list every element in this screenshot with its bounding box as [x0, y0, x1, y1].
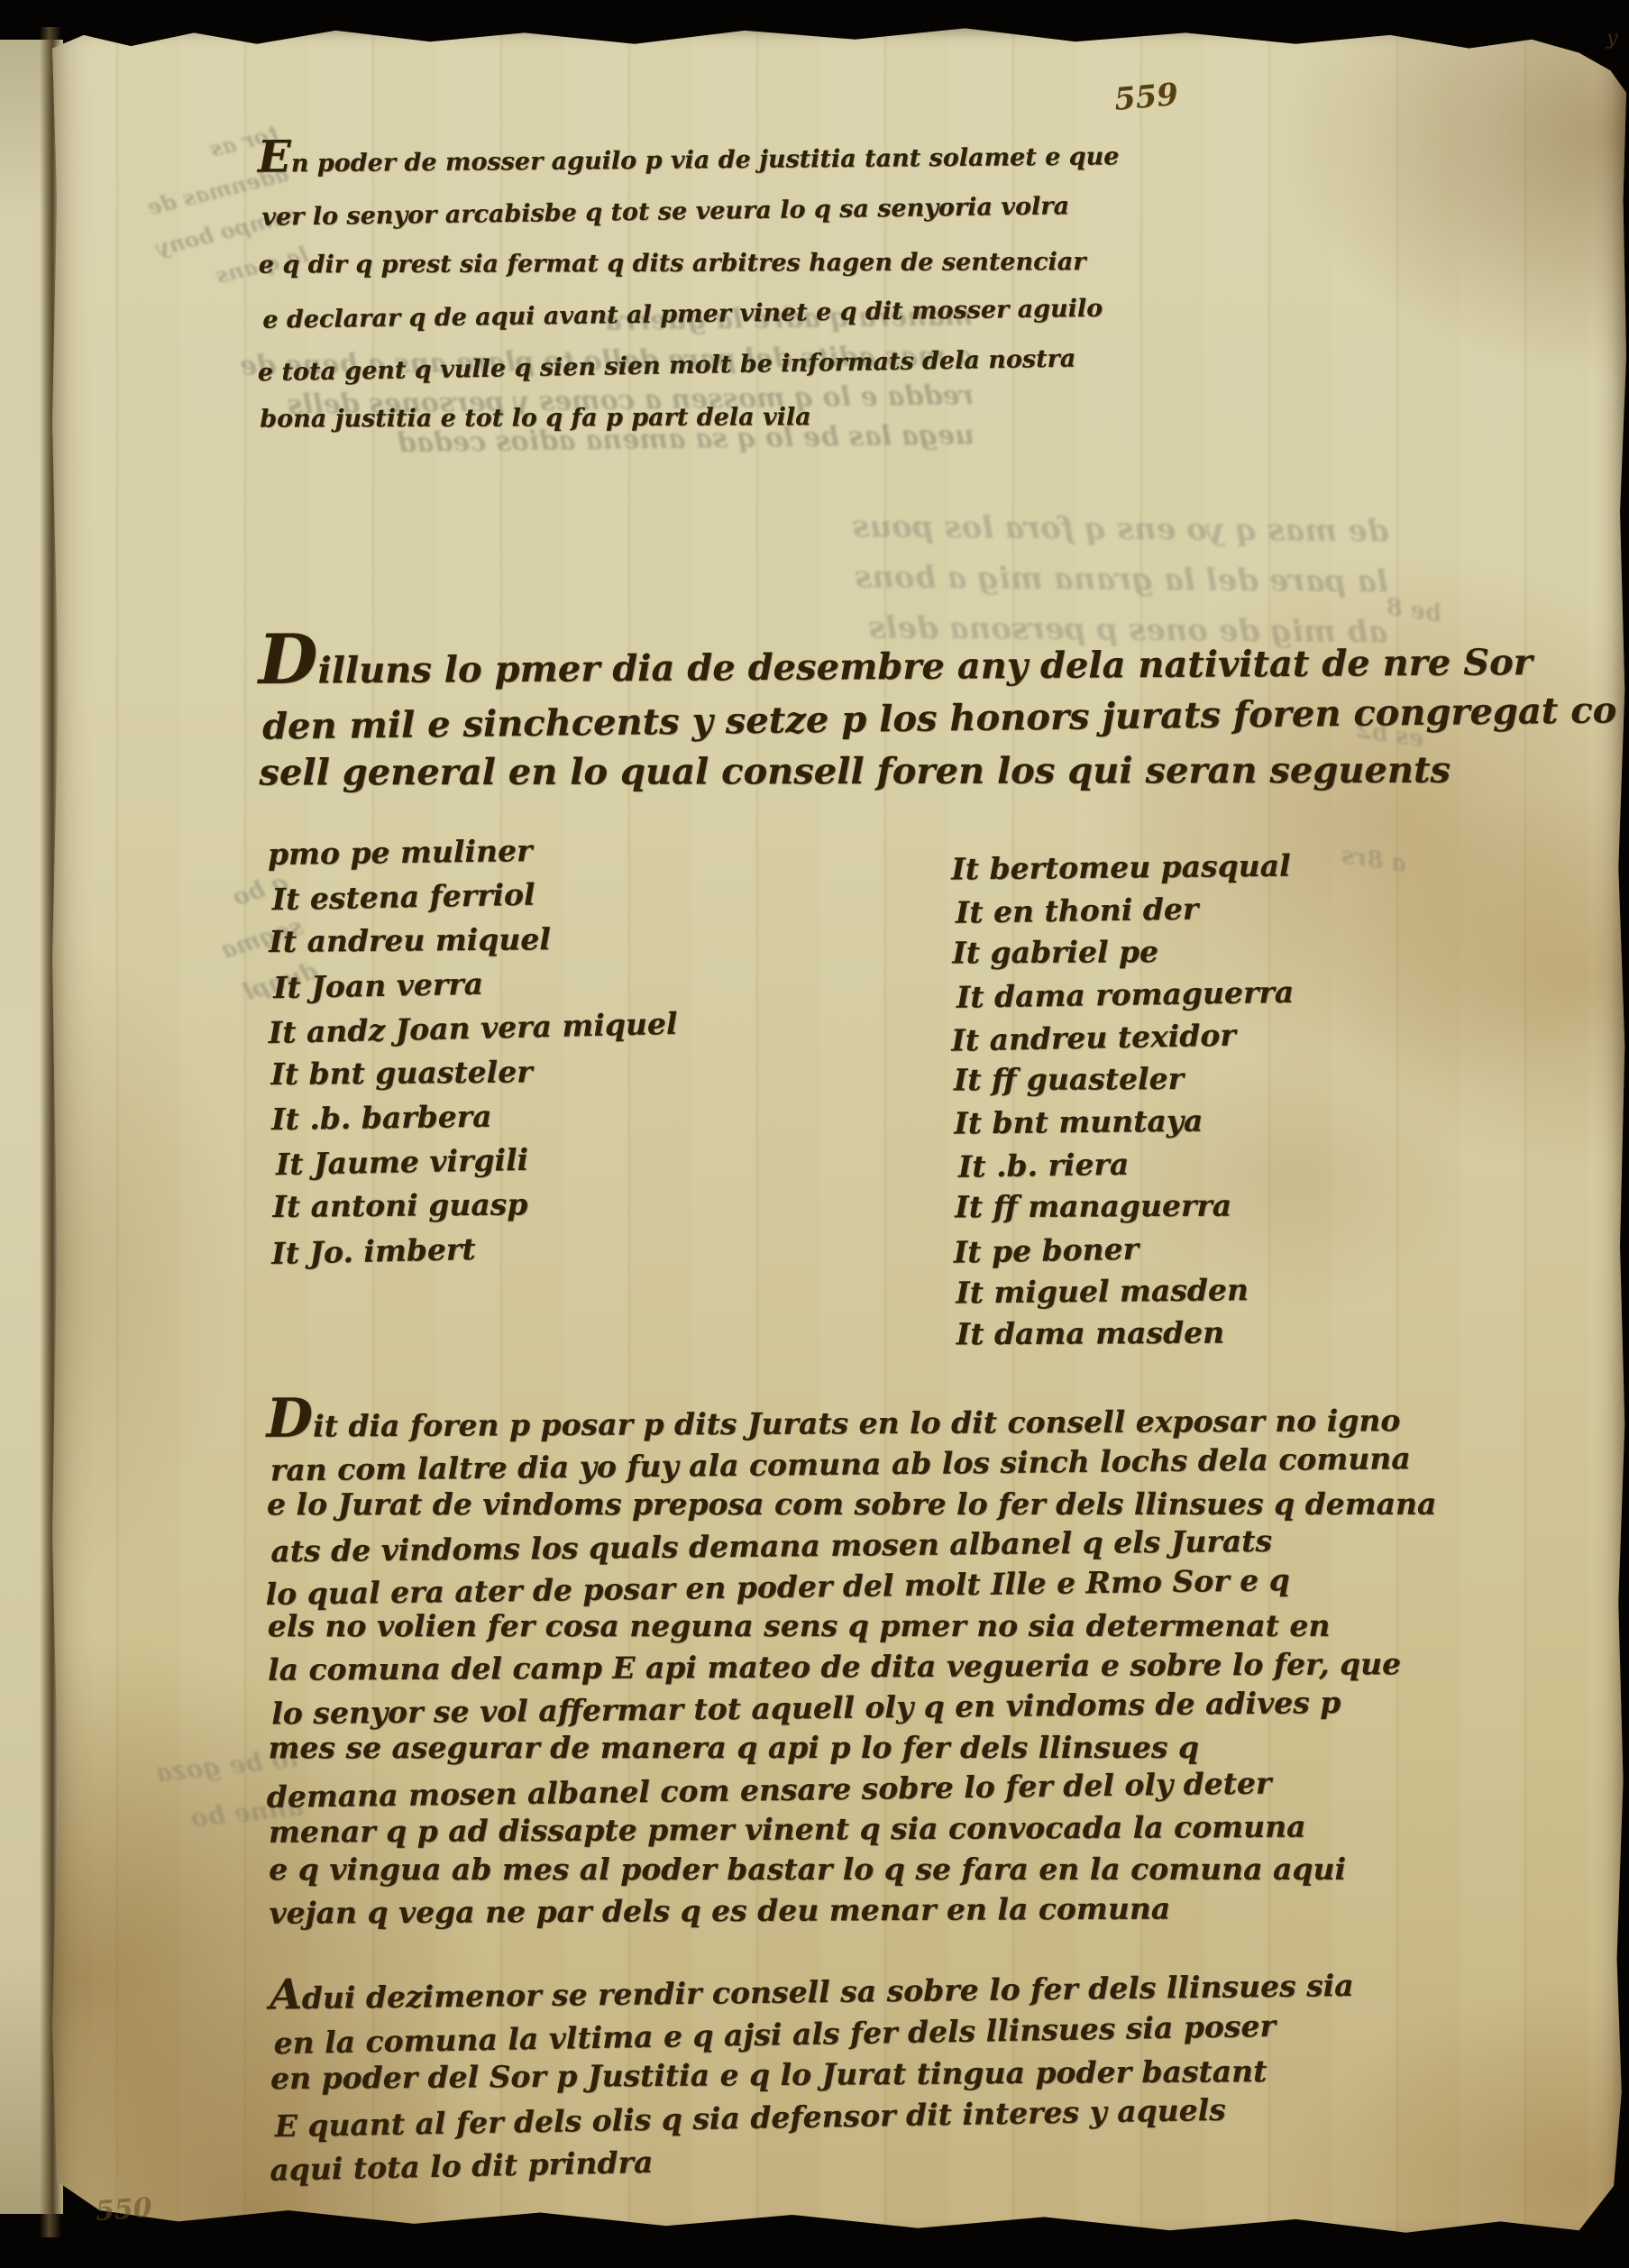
juror-list-item: It estena ferriol: [271, 870, 669, 921]
manuscript-line: En poder de mosser aguilo p via de justi…: [258, 132, 1006, 189]
juror-list-item: It antoni guasp: [272, 1181, 669, 1229]
juror-list-item: It pe boner: [953, 1222, 1386, 1273]
folio-number-bottom-left: 550: [95, 2192, 153, 2227]
folio-number-top-right: 559: [1112, 77, 1179, 118]
jurors-list-right-column: It bertomeu pasqualIt en thoni derIt gab…: [951, 844, 1389, 1357]
juror-list-item: It dama masden: [956, 1311, 1389, 1356]
manuscript-scan: { "page": { "folio_number_top": "559", "…: [0, 0, 1629, 2268]
juror-list-item: It bnt muntaya: [954, 1097, 1386, 1144]
juror-list-item: It .b. riera: [957, 1139, 1391, 1188]
juror-list-item: It bertomeu pasqual: [951, 844, 1384, 891]
paragraph-resolution: Adui dezimenor se rendir consell sa sobr…: [270, 1962, 1534, 2185]
paragraph-opening: En poder de mosser aguilo p via de justi…: [258, 132, 1009, 446]
juror-list-item: It gabriel pe: [952, 929, 1385, 974]
juror-list-item: It ff managuerra: [955, 1184, 1387, 1229]
manuscript-line: e lo Jurat de vindoms preposa com sobre …: [267, 1484, 1547, 1524]
juror-list-item: It Jo. imbert: [271, 1222, 669, 1276]
juror-list-item: It andreu miquel: [269, 916, 665, 964]
juror-list-item: It andreu texidor: [951, 1011, 1385, 1061]
manuscript-line: e q dir q prest sia fermat q dits arbitr…: [259, 236, 1007, 290]
paragraph-session-date: Dilluns lo pmer dia de desembre any dela…: [258, 636, 1539, 802]
juror-list-item: pmo pe muliner: [268, 827, 665, 876]
paragraph-council-deliberation: Dit dia foren p posar p dits Jurats en l…: [266, 1399, 1549, 1933]
manuscript-line: vejan q vega ne par dels q es deu menar …: [269, 1886, 1549, 1933]
manuscript-line: e q vingua ab mes al poder bastar lo q s…: [269, 1849, 1549, 1889]
juror-list-item: It dama romaguerra: [956, 969, 1389, 1019]
manuscript-line: bona justitia e tot lo q fa p part dela …: [260, 390, 1008, 444]
juror-list-item: It en thoni der: [955, 884, 1388, 934]
juror-list-item: It Jaume virgili: [275, 1135, 673, 1186]
manuscript-line: ver lo senyor arcabisbe q tot se veura l…: [261, 181, 1011, 243]
juror-list-item: It .b. barbera: [271, 1092, 669, 1141]
manuscript-line: els no volien fer cosa neguna sens q pme…: [268, 1605, 1548, 1646]
juror-list-item: It ff guasteler: [954, 1056, 1386, 1102]
jurors-list-left-column: pmo pe mulinerIt estena ferriolIt andreu…: [268, 827, 671, 1274]
manuscript-line: sell general en lo qual consell foren lo…: [259, 745, 1539, 800]
bleedthrough-text-gap-band: de mas q yo ens q fora los pousla pare d…: [270, 497, 1388, 658]
corner-mark: y: [1606, 27, 1617, 50]
juror-list-item: It bnt guasteler: [270, 1048, 667, 1096]
juror-list-item: It miguel masden: [956, 1267, 1388, 1313]
juror-list-item: It andz Joan vera miquel: [268, 1001, 665, 1055]
